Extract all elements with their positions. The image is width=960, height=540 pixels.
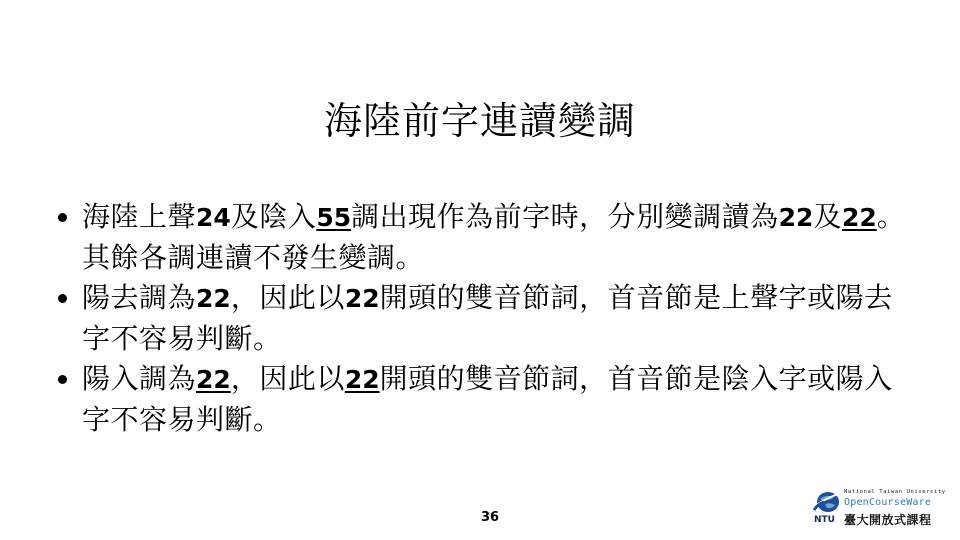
tone-number: 22: [779, 203, 814, 232]
tone-number-underlined: 22: [196, 365, 231, 394]
globe-icon: [812, 490, 840, 516]
text-segment: ，因此以: [231, 362, 345, 395]
bullet-list: 海陸上聲24及陰入55調出現作為前字時，分別變調讀為22及22。其餘各調連讀不發…: [56, 197, 906, 440]
bullet-dot-icon: [58, 213, 67, 222]
text-segment: 海陸上聲: [82, 200, 196, 233]
logo-abbr: NTU: [814, 515, 835, 525]
tone-number: 22: [345, 284, 380, 313]
page-number: 36: [470, 510, 510, 525]
logo-chinese: 臺大開放式課程: [844, 511, 932, 528]
text-segment: 及陰入: [231, 200, 317, 233]
bullet-item: 海陸上聲24及陰入55調出現作為前字時，分別變調讀為22及22。其餘各調連讀不發…: [56, 197, 906, 278]
bullet-dot-icon: [58, 294, 67, 303]
text-segment: 調出現作為前字時，分別變調讀為: [351, 200, 779, 233]
logo-university: National Taiwan University: [844, 489, 946, 495]
slide-title: 海陸前字連讀變調: [0, 93, 960, 149]
tone-number: 22: [196, 284, 231, 313]
tone-number-underlined: 55: [316, 203, 351, 232]
bullet-item: 陽去調為22，因此以22開頭的雙音節詞，首音節是上聲字或陽去字不容易判斷。: [56, 278, 906, 359]
text-segment: ，因此以: [231, 281, 345, 314]
logo-program: OpenCourseWare: [844, 497, 931, 508]
tone-number-underlined: 22: [842, 203, 877, 232]
tone-number: 24: [196, 203, 231, 232]
text-segment: 陽入調為: [82, 362, 196, 395]
bullet-item: 陽入調為22，因此以22開頭的雙音節詞，首音節是陰入字或陽入字不容易判斷。: [56, 359, 906, 440]
tone-number-underlined: 22: [345, 365, 380, 394]
bullet-dot-icon: [58, 375, 67, 384]
text-segment: 陽去調為: [82, 281, 196, 314]
text-segment: 及: [813, 200, 842, 233]
ntu-ocw-logo: NTU National Taiwan University OpenCours…: [810, 488, 950, 528]
